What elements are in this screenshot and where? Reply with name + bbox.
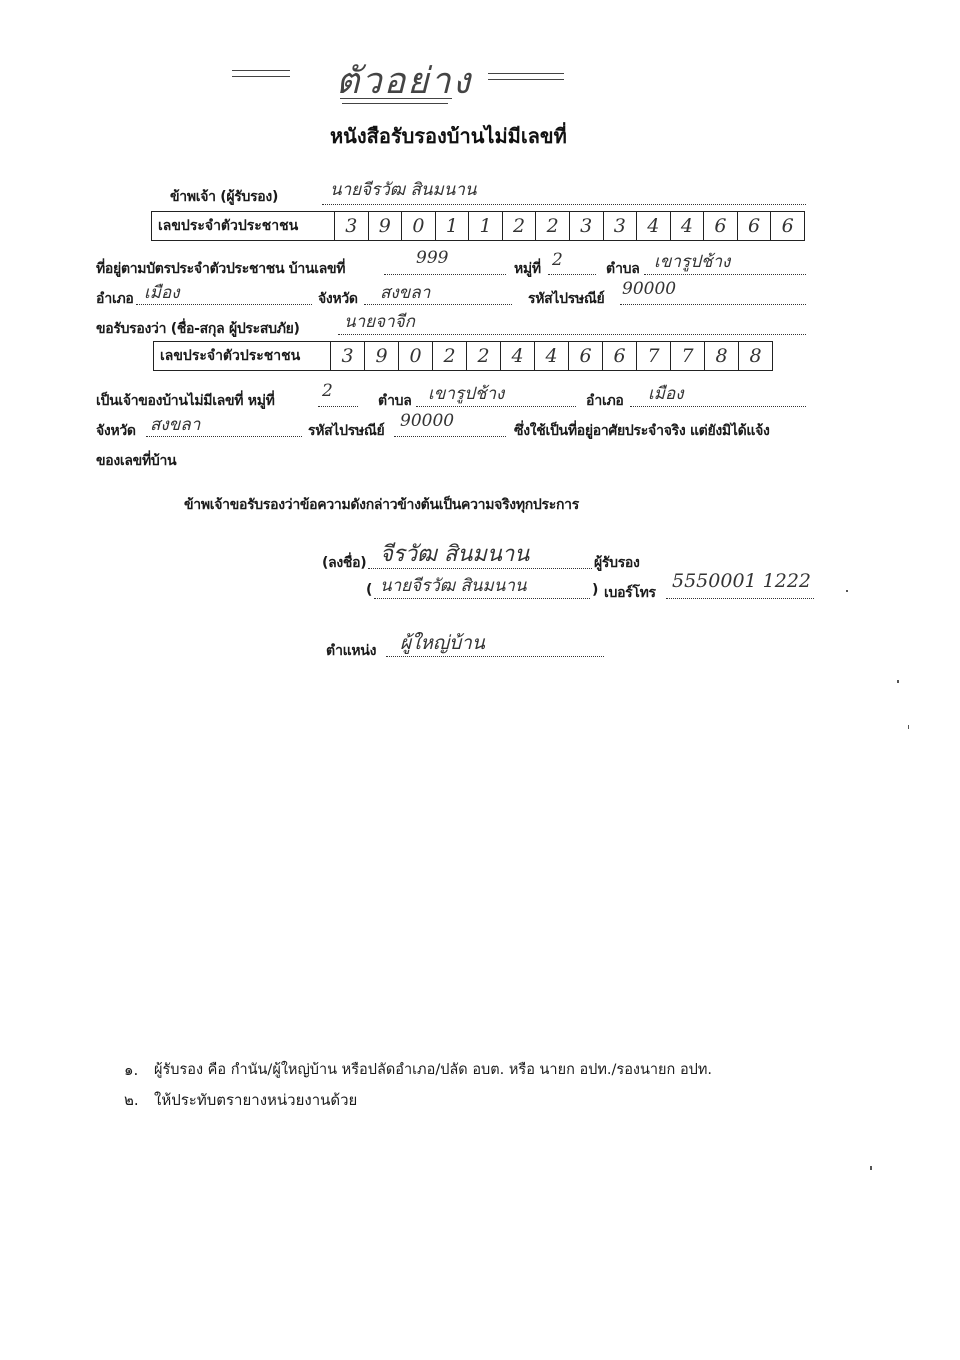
id-digit: 4 (670, 212, 704, 241)
scan-speck (908, 725, 909, 729)
house-postcode-line (394, 436, 506, 437)
decor-line-right-2 (488, 79, 564, 80)
id-digit: 6 (737, 212, 771, 241)
certifier-name-line (322, 204, 806, 205)
postcode-value: 90000 (622, 279, 676, 299)
id-digit: 9 (365, 342, 399, 371)
applicant-name: นายจาจีก (344, 308, 415, 335)
applicant-id-label: เลขประจำตัวประชาชน (154, 342, 331, 371)
address-prefix: ที่อยู่ตามบัตรประจำตัวประชาชน บ้านเลขที่ (96, 258, 345, 280)
close-paren: ) (592, 582, 598, 598)
id-digit: 9 (368, 212, 402, 241)
id-digit: 2 (536, 212, 570, 241)
scan-speck (846, 590, 848, 592)
note-1-number: ๑. (124, 1058, 138, 1082)
house-postcode: 90000 (400, 411, 454, 431)
sample-mark-underline-2 (342, 103, 448, 104)
house-suffix: ซึ่งใช้เป็นที่อยู่อาศัยประจำจริง แต่ยังม… (514, 420, 770, 442)
id-digit: 4 (501, 342, 535, 371)
house-moo: 2 (322, 381, 333, 401)
house-tambon: เขารูปช้าง (428, 380, 504, 407)
scan-speck (870, 1166, 872, 1170)
phone: 5550001 1222 (672, 570, 811, 592)
house-amphoe: เมือง (648, 380, 684, 407)
declaration: ข้าพเจ้าขอรับรองว่าข้อความดังกล่าวข้างต้… (184, 494, 579, 516)
phone-label: เบอร์โทร (604, 582, 656, 604)
id-digit: 4 (535, 342, 569, 371)
id-digit: 0 (399, 342, 433, 371)
id-digit: 7 (637, 342, 671, 371)
amphoe-label: อำเภอ (96, 288, 134, 310)
decor-line-left-2 (232, 76, 290, 77)
house-tambon-label: ตำบล (378, 390, 412, 412)
moo-line (548, 274, 596, 275)
id-digit: 2 (433, 342, 467, 371)
open-paren: ( (366, 582, 372, 598)
house-province: สงขลา (150, 411, 200, 438)
house-suffix-2: ของเลขที่บ้าน (96, 450, 176, 472)
id-digit: 6 (704, 212, 738, 241)
id-digit: 3 (603, 212, 637, 241)
note-2-text: ให้ประทับตรายางหน่วยงานด้วย (154, 1088, 357, 1112)
house-postcode-label: รหัสไปรษณีย์ (308, 420, 384, 442)
id-digit: 6 (603, 342, 637, 371)
id-digit: 8 (739, 342, 773, 371)
house-no: 999 (416, 248, 448, 268)
id-digit: 7 (671, 342, 705, 371)
scan-speck (897, 680, 899, 683)
house-moo-line (318, 406, 358, 407)
id-digit: 2 (502, 212, 536, 241)
certifier-id-box: เลขประจำตัวประชาชน 3 9 0 1 1 2 2 3 3 4 4… (151, 211, 805, 241)
amphoe-value: เมือง (144, 279, 180, 306)
document-title: หนังสือรับรองบ้านไม่มีเลขที่ (330, 120, 567, 152)
id-digit: 0 (402, 212, 436, 241)
position-label: ตำแหน่ง (326, 640, 376, 662)
id-digit: 6 (569, 342, 603, 371)
id-digit: 1 (435, 212, 469, 241)
decor-line-right-1 (488, 73, 564, 74)
id-digit: 3 (331, 342, 365, 371)
note-2-number: ๒. (124, 1088, 139, 1112)
position: ผู้ใหญ่บ้าน (400, 628, 485, 658)
moo-value: 2 (552, 250, 563, 270)
house-province-label: จังหวัด (96, 420, 136, 442)
id-digit: 4 (637, 212, 671, 241)
province-label: จังหวัด (318, 288, 358, 310)
house-prefix: เป็นเจ้าของบ้านไม่มีเลขที่ หมู่ที่ (96, 390, 275, 412)
id-digit: 3 (335, 212, 369, 241)
applicant-label: ขอรับรองว่า (ชื่อ-สกุล ผู้ประสบภัย) (96, 318, 300, 340)
house-amphoe-label: อำเภอ (586, 390, 624, 412)
tambon-value: เขารูปช้าง (654, 248, 730, 275)
province-value: สงขลา (380, 279, 430, 306)
sign-label: (ลงชื่อ) (322, 552, 366, 574)
id-digit: 6 (771, 212, 805, 241)
id-digit: 1 (469, 212, 503, 241)
decor-line-left-1 (232, 70, 290, 71)
certifier-name: นายจีรวัฒ สินมนาน (330, 176, 477, 203)
certifier-label: ข้าพเจ้า (ผู้รับรอง) (170, 186, 278, 208)
id-digit: 3 (569, 212, 603, 241)
moo-label: หมู่ที่ (514, 258, 541, 280)
note-1-text: ผู้รับรอง คือ กำนัน/ผู้ใหญ่บ้าน หรือปลัด… (154, 1058, 712, 1081)
house-no-line (384, 274, 506, 275)
id-digit: 8 (705, 342, 739, 371)
sample-mark: ตัวอย่าง (336, 52, 472, 109)
postcode-line (620, 304, 806, 305)
applicant-id-box: เลขประจำตัวประชาชน 3 9 0 2 2 4 4 6 6 7 7… (153, 341, 773, 371)
signature: จีรวัฒ สินมนาน (380, 536, 529, 571)
sample-mark-underline-1 (340, 98, 452, 99)
certifier-id-label: เลขประจำตัวประชาชน (152, 212, 335, 241)
postcode-label: รหัสไปรษณีย์ (528, 288, 604, 310)
printed-name: นายจีรวัฒ สินมนาน (380, 572, 527, 599)
id-digit: 2 (467, 342, 501, 371)
role-label: ผู้รับรอง (594, 552, 640, 574)
tambon-label: ตำบล (606, 258, 640, 280)
phone-line (666, 598, 814, 599)
